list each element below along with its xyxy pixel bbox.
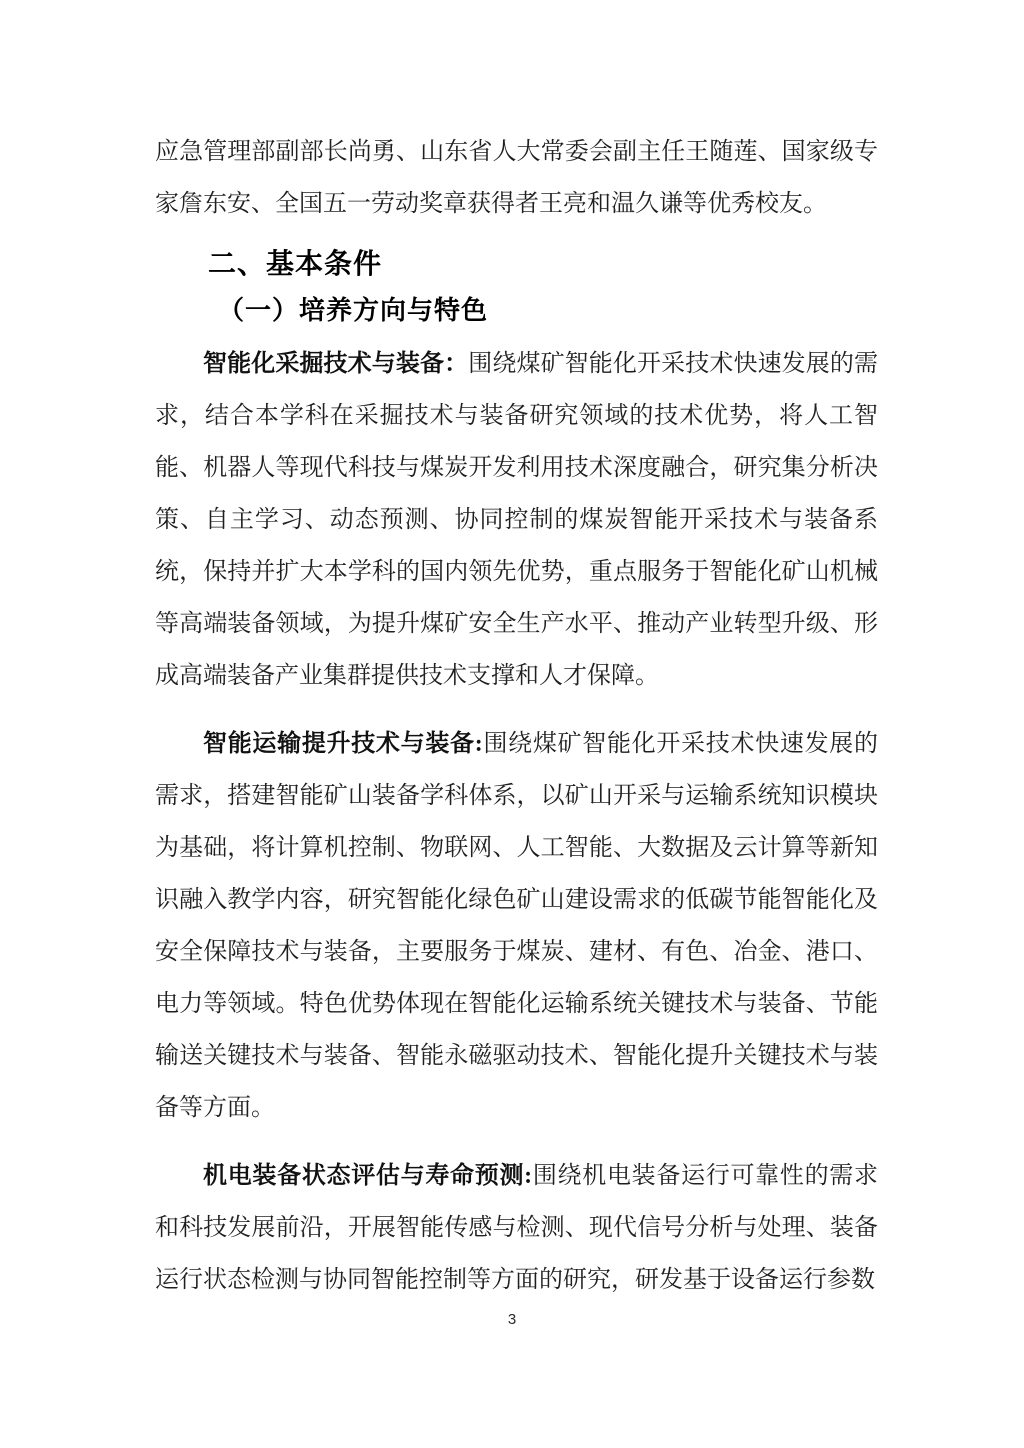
paragraph-body-intelligent-mining: 围绕煤矿智能化开采技术快速发展的需求，结合本学科在采掘技术与装备研究领域的技术优… <box>155 351 878 689</box>
paragraph-lead-intelligent-mining: 智能化采掘技术与装备： <box>203 351 468 377</box>
paragraph-equipment-condition-assessment: 机电装备状态评估与寿命预测:围绕机电装备运行可靠性的需求和科技发展前沿，开展智能… <box>155 1150 878 1306</box>
section-heading-basic-conditions: 二、基本条件 <box>208 244 878 284</box>
page-content: 应急管理部副部长尚勇、山东省人大常委会副主任王随莲、国家级专家詹东安、全国五一劳… <box>155 126 878 1306</box>
page-number: 3 <box>0 1311 1024 1328</box>
paragraph-body-intelligent-transport: 围绕煤矿智能化开采技术快速发展的需求，搭建智能矿山装备学科体系，以矿山开采与运输… <box>155 731 878 1121</box>
paragraph-lead-intelligent-transport: 智能运输提升技术与装备: <box>203 731 483 757</box>
paragraph-lead-condition-assessment: 机电装备状态评估与寿命预测: <box>203 1163 532 1189</box>
paragraph-intelligent-mining-equipment: 智能化采掘技术与装备：围绕煤矿智能化开采技术快速发展的需求，结合本学科在采掘技术… <box>155 338 878 702</box>
paragraph-intelligent-transport-equipment: 智能运输提升技术与装备:围绕煤矿智能化开采技术快速发展的需求，搭建智能矿山装备学… <box>155 718 878 1134</box>
document-page: 应急管理部副部长尚勇、山东省人大常委会副主任王随莲、国家级专家詹东安、全国五一劳… <box>0 0 1024 1448</box>
paragraph-alumni-continuation: 应急管理部副部长尚勇、山东省人大常委会副主任王随莲、国家级专家詹东安、全国五一劳… <box>155 126 878 230</box>
subsection-heading-training-direction: （一）培养方向与特色 <box>218 290 878 330</box>
